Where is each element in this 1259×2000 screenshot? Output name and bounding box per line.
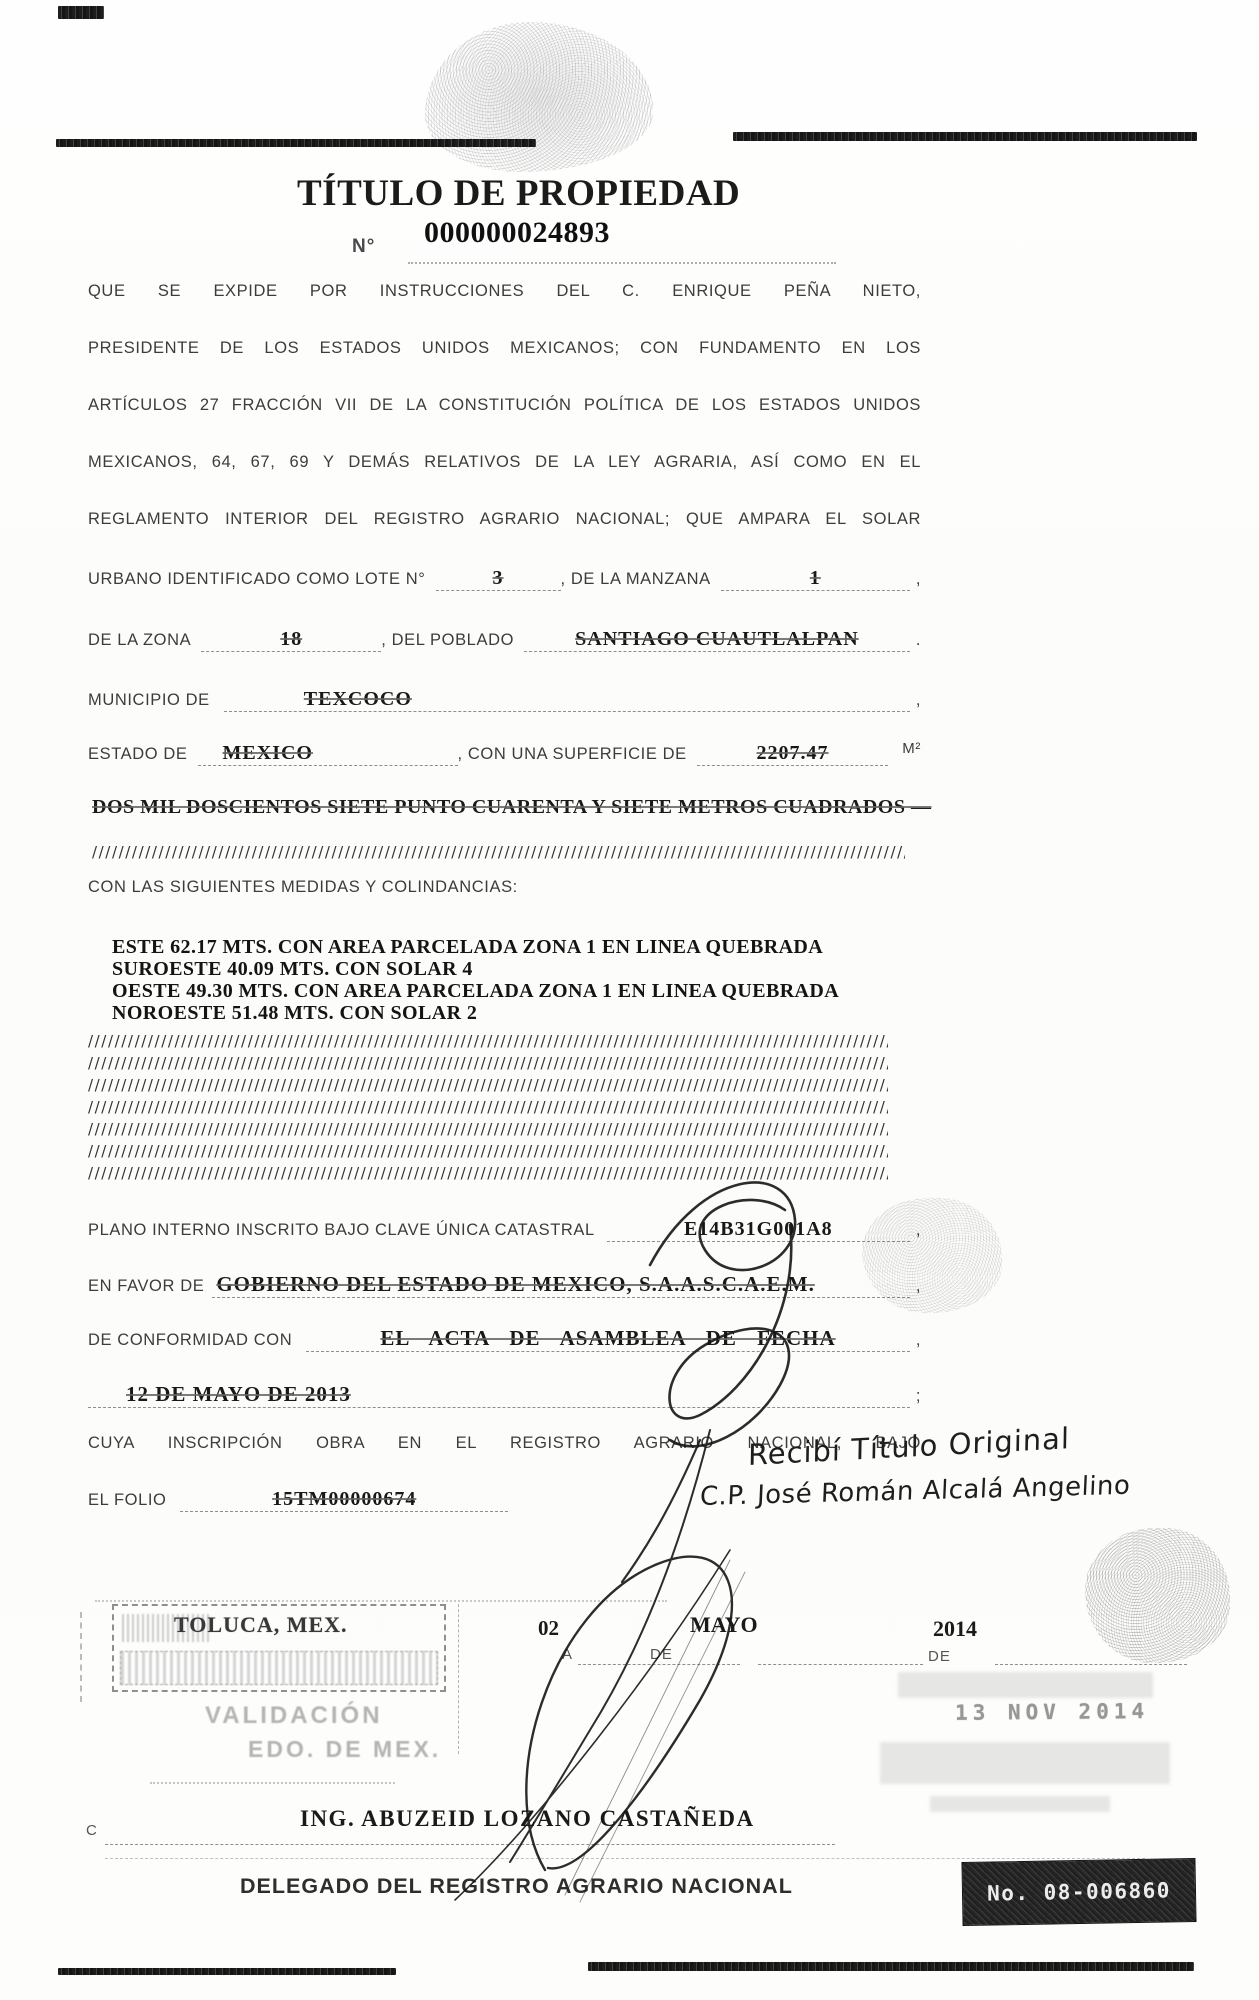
document-number: 000000024893 — [424, 216, 610, 250]
fecha-acta-row: 12 DE MAYO DE 2013 ; — [88, 1382, 921, 1408]
signature-line-2 — [105, 1858, 1145, 1859]
intro-line-1: QUE SE EXPIDE POR INSTRUCCIONES DEL C. E… — [88, 282, 921, 301]
issue-de-label-2: DE — [928, 1648, 951, 1665]
fill-slashes: ////////////////////////////////////////… — [88, 1032, 888, 1053]
manzana-value: 1 — [810, 567, 821, 589]
trailing-comma: , — [916, 691, 921, 710]
municipio-value: TEXCOCO — [304, 688, 412, 710]
poblado-value-blank: SANTIAGO CUAUTLALPAN — [524, 628, 910, 652]
document-number-label: N° — [352, 236, 375, 258]
medida-noroeste: NOROESTE 51.48 MTS. CON SOLAR 2 — [112, 1002, 839, 1024]
estado-row: ESTADO DE MEXICO , CON UNA SUPERFICIE DE… — [88, 742, 921, 766]
number-underline — [408, 262, 836, 264]
trailing-comma: , — [916, 1331, 921, 1350]
superficie-value-blank: 2207.47 — [697, 742, 889, 766]
signer-name: ING. ABUZEID LOZANO CASTAÑEDA — [300, 1806, 755, 1832]
issue-day: 02 — [538, 1616, 559, 1641]
stamp-separator-dashes — [458, 1604, 459, 1754]
stamp-noise — [120, 1651, 438, 1685]
handwritten-receipt-line1: Recibí Título Original — [748, 1421, 1071, 1472]
folio-number-badge: No. 08-006860 — [961, 1858, 1196, 1926]
superficie-unit: M² — [902, 740, 921, 757]
month-underline — [758, 1664, 923, 1665]
signer-prefix: C — [86, 1822, 98, 1839]
faint-stamp-block — [930, 1796, 1110, 1812]
folio-value-blank: 15TM00000674 — [180, 1488, 508, 1512]
scan-noise-blob — [862, 1198, 1002, 1313]
fill-slashes: ////////////////////////////////////////… — [88, 1076, 888, 1097]
medidas-block: ESTE 62.17 MTS. CON AREA PARCELADA ZONA … — [112, 936, 839, 1024]
issue-place: TOLUCA, MEX. — [174, 1612, 348, 1638]
lote-value: 3 — [493, 567, 504, 589]
poblado-value: SANTIAGO CUAUTLALPAN — [575, 628, 859, 650]
clave-catastral-value: E14B31G001A8 — [684, 1218, 833, 1240]
handwritten-receipt-line2: C.P. José Román Alcalá Angelino — [699, 1471, 1131, 1512]
superficie-label: , CON UNA SUPERFICIE DE — [458, 745, 687, 764]
folio-row: EL FOLIO 15TM00000674 — [88, 1488, 508, 1512]
issue-month: MAYO — [690, 1612, 758, 1638]
zona-row: DE LA ZONA 18 , DEL POBLADO SANTIAGO CUA… — [88, 628, 921, 652]
poblado-label: , DEL POBLADO — [381, 631, 514, 650]
coat-of-arms-watermark — [425, 22, 653, 172]
medida-este: ESTE 62.17 MTS. CON AREA PARCELADA ZONA … — [112, 936, 839, 958]
issue-year: 2014 — [933, 1616, 977, 1642]
estado-value: MEXICO — [223, 742, 313, 764]
colindancias-intro: CON LAS SIGUIENTES MEDIDAS Y COLINDANCIA… — [88, 878, 518, 897]
folio-label: EL FOLIO — [88, 1491, 166, 1510]
stamp-bottom-line — [150, 1782, 395, 1784]
faint-stamp-line2: EDO. DE MEX. — [248, 1736, 441, 1763]
zona-value-blank: 18 — [201, 628, 381, 652]
day-underline — [578, 1664, 740, 1665]
estado-value-blank: MEXICO — [198, 742, 458, 766]
conformidad-row: DE CONFORMIDAD CON EL ACTA DE ASAMBLEA D… — [88, 1326, 921, 1352]
manzana-label: , DE LA MANZANA — [561, 570, 711, 589]
intro-line-3: ARTÍCULOS 27 FRACCIÓN VII DE LA CONSTITU… — [88, 396, 921, 415]
manzana-value-blank: 1 — [721, 567, 910, 591]
document-title: TÍTULO DE PROPIEDAD — [297, 172, 740, 215]
fill-slashes: ////////////////////////////////////////… — [88, 1120, 888, 1141]
lote-row: URBANO IDENTIFICADO COMO LOTE N° 3 , DE … — [88, 567, 921, 591]
trailing-period: . — [916, 631, 921, 650]
place-stamp-box: TOLUCA, MEX. — [112, 1604, 446, 1692]
bottom-scan-bar-right — [588, 1962, 1194, 1971]
faint-stamp-block — [898, 1672, 1153, 1698]
fecha-acta-blank: 12 DE MAYO DE 2013 — [88, 1382, 910, 1408]
fill-slashes: ////////////////////////////////////////… — [88, 1054, 888, 1075]
fill-slashes: ////////////////////////////////////////… — [88, 1098, 888, 1119]
intro-line-4: MEXICANOS, 64, 67, 69 Y DEMÁS RELATIVOS … — [88, 453, 921, 472]
issue-row-topline — [95, 1600, 667, 1602]
lote-label: URBANO IDENTIFICADO COMO LOTE N° — [88, 570, 426, 589]
intro-line-5: REGLAMENTO INTERIOR DEL REGISTRO AGRARIO… — [88, 510, 921, 529]
trailing-comma: , — [916, 570, 921, 589]
corner-mark — [58, 6, 104, 19]
fill-slashes: ////////////////////////////////////////… — [88, 1142, 888, 1163]
municipio-value-blank: TEXCOCO — [224, 688, 910, 712]
intro-line-2: PRESIDENTE DE LOS ESTADOS UNIDOS MEXICAN… — [88, 339, 921, 358]
favor-value: GOBIERNO DEL ESTADO DE MEXICO, S.A.A.S.C… — [216, 1272, 815, 1296]
conformidad-value-blank: EL ACTA DE ASAMBLEA DE FECHA — [306, 1326, 910, 1352]
zona-value: 18 — [280, 628, 302, 650]
scan-noise-blob — [1085, 1528, 1230, 1663]
signer-title: DELEGADO DEL REGISTRO AGRARIO NACIONAL — [240, 1874, 793, 1899]
faint-stamp-line1: VALIDACIÓN — [205, 1702, 383, 1730]
conformidad-label: DE CONFORMIDAD CON — [88, 1331, 292, 1350]
top-scan-bar-left — [56, 139, 536, 147]
superficie-value: 2207.47 — [757, 742, 829, 764]
plano-label: PLANO INTERNO INSCRITO BAJO CLAVE ÚNICA … — [88, 1221, 595, 1240]
issue-de-label-1: DE — [650, 1646, 673, 1663]
left-margin-dashes — [80, 1612, 82, 1702]
trailing-semicolon: ; — [916, 1387, 921, 1406]
scanned-document-page: TÍTULO DE PROPIEDAD N° 000000024893 QUE … — [0, 0, 1259, 2000]
favor-label: EN FAVOR DE — [88, 1277, 204, 1296]
fill-slashes: ////////////////////////////////////////… — [92, 843, 905, 864]
fill-slashes: ////////////////////////////////////////… — [88, 1164, 888, 1185]
bottom-scan-bar-left — [58, 1968, 396, 1975]
plano-row: PLANO INTERNO INSCRITO BAJO CLAVE ÚNICA … — [88, 1218, 921, 1242]
municipio-row: MUNICIPIO DE TEXCOCO , — [88, 688, 921, 712]
top-scan-bar-right — [733, 132, 1197, 141]
municipio-label: MUNICIPIO DE — [88, 691, 210, 710]
superficie-words: DOS MIL DOSCIENTOS SIETE PUNTO CUARENTA … — [92, 796, 931, 819]
year-underline — [995, 1664, 1187, 1665]
faint-stamp-block — [880, 1742, 1170, 1784]
lote-value-blank: 3 — [436, 567, 561, 591]
folio-value: 15TM00000674 — [272, 1488, 416, 1510]
estado-label: ESTADO DE — [88, 745, 188, 764]
signature-line — [105, 1844, 835, 1845]
received-date-stamp: 13 NOV 2014 — [955, 1699, 1149, 1725]
favor-value-blank: GOBIERNO DEL ESTADO DE MEXICO, S.A.A.S.C… — [212, 1272, 909, 1298]
conformidad-value: EL ACTA DE ASAMBLEA DE FECHA — [380, 1326, 835, 1350]
zona-label: DE LA ZONA — [88, 631, 191, 650]
medida-oeste: OESTE 49.30 MTS. CON AREA PARCELADA ZONA… — [112, 980, 839, 1002]
issue-a-label: A — [562, 1646, 573, 1663]
favor-row: EN FAVOR DE GOBIERNO DEL ESTADO DE MEXIC… — [88, 1272, 921, 1298]
fecha-acta-value: 12 DE MAYO DE 2013 — [126, 1382, 351, 1406]
medida-suroeste: SUROESTE 40.09 MTS. CON SOLAR 4 — [112, 958, 839, 980]
